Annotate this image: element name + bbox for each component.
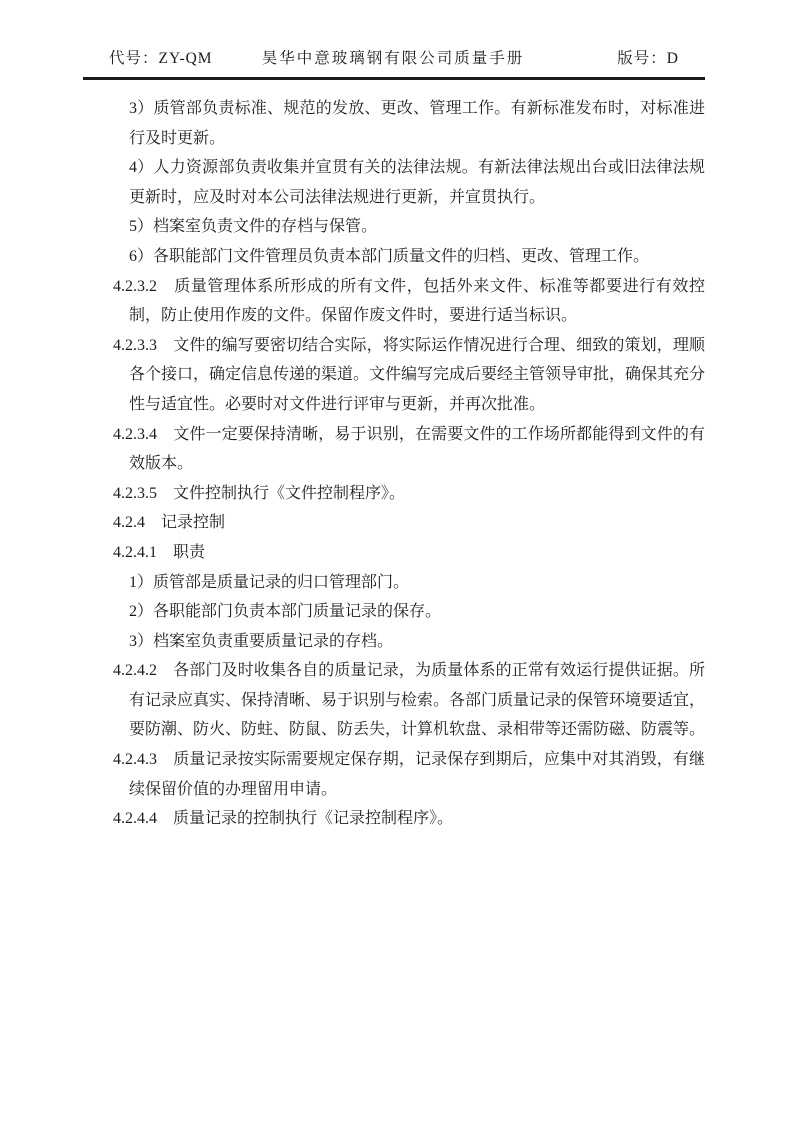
paragraph: 4.2.3.4 文件一定要保持清晰，易于识别，在需要文件的工作场所都能得到文件的… xyxy=(113,420,705,479)
paragraph: 4.2.4 记录控制 xyxy=(113,508,705,538)
document-body: 3）质管部负责标准、规范的发放、更改、管理工作。有新标准发布时，对标准进行及时更… xyxy=(113,94,705,834)
paragraph: 2）各职能部门负责本部门质量记录的保存。 xyxy=(113,597,705,627)
paragraph: 4.2.4.1 职责 xyxy=(113,538,705,568)
document-page: 代号：ZY-QM 昊华中意玻璃钢有限公司质量手册 版号：D 3）质管部负责标准、… xyxy=(0,0,800,1131)
paragraph: 5）档案室负责文件的存档与保管。 xyxy=(113,212,705,242)
paragraph: 4.2.4.2 各部门及时收集各自的质量记录，为质量体系的正常有效运行提供证据。… xyxy=(113,656,705,745)
paragraph: 4.2.3.3 文件的编写要密切结合实际，将实际运作情况进行合理、细致的策划，理… xyxy=(113,331,705,420)
paragraph: 4）人力资源部负责收集并宣贯有关的法律法规。有新法律法规出台或旧法律法规更新时，… xyxy=(113,153,705,212)
paragraph: 4.2.3.5 文件控制执行《文件控制程序》。 xyxy=(113,479,705,509)
paragraph: 4.2.3.2 质量管理体系所形成的所有文件，包括外来文件、标准等都要进行有效控… xyxy=(113,272,705,331)
paragraph: 4.2.4.3 质量记录按实际需要规定保存期，记录保存到期后，应集中对其消毁，有… xyxy=(113,745,705,804)
paragraph: 4.2.4.4 质量记录的控制执行《记录控制程序》。 xyxy=(113,804,705,834)
header-code-label: 代号：ZY-QM xyxy=(109,46,213,68)
paragraph: 3）质管部负责标准、规范的发放、更改、管理工作。有新标准发布时，对标准进行及时更… xyxy=(113,94,705,153)
header-version-label: 版号：D xyxy=(617,46,679,68)
paragraph: 1）质管部是质量记录的归口管理部门。 xyxy=(113,568,705,598)
paragraph: 3）档案室负责重要质量记录的存档。 xyxy=(113,627,705,657)
document-header: 代号：ZY-QM 昊华中意玻璃钢有限公司质量手册 版号：D xyxy=(83,46,705,80)
paragraph: 6）各职能部门文件管理员负责本部门质量文件的归档、更改、管理工作。 xyxy=(113,242,705,272)
header-title: 昊华中意玻璃钢有限公司质量手册 xyxy=(262,46,525,68)
